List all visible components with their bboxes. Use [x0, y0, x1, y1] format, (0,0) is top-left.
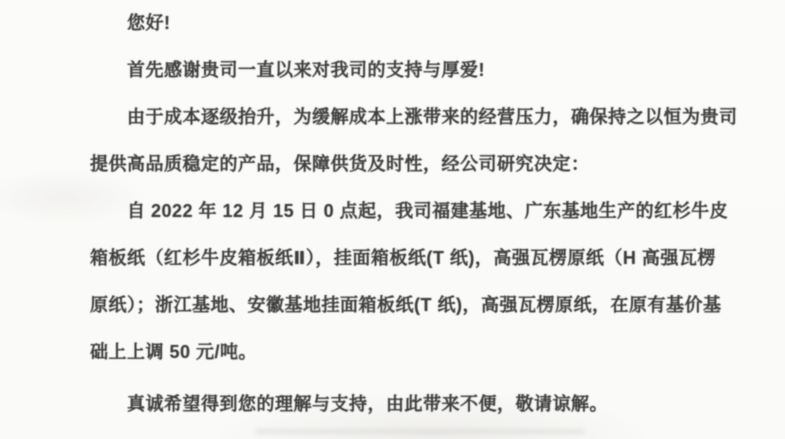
notice-document: 您好! 首先感谢贵司一直以来对我司的支持与厚爱! 由于成本逐级抬升，为缓解成本上… — [0, 0, 785, 439]
notice-line-decision-2: 箱板纸（红杉牛皮箱板纸Ⅱ），挂面箱板纸(T 纸)，高强瓦楞原纸（H 高强瓦楞 — [90, 235, 725, 282]
notice-line-decision-1: 自 2022 年 12 月 15 日 0 点起，我司福建基地、广东基地生产的红杉… — [90, 188, 725, 235]
notice-line-decision-3: 原纸）；浙江基地、安徽基地挂面箱板纸(T 纸)，高强瓦楞原纸，在原有基价基 — [90, 282, 725, 329]
notice-line-thanks: 首先感谢贵司一直以来对我司的支持与厚爱! — [90, 47, 725, 94]
notice-body: 您好! 首先感谢贵司一直以来对我司的支持与厚爱! 由于成本逐级抬升，为缓解成本上… — [90, 0, 725, 428]
notice-line-reason-1: 由于成本逐级抬升，为缓解成本上涨带来的经营压力，确保持之以恒为贵司 — [90, 94, 725, 141]
notice-line-closing: 真诚希望得到您的理解与支持，由此带来不便，敬请谅解。 — [90, 381, 725, 428]
notice-line-reason-2: 提供高品质稳定的产品，保障供货及时性，经公司研究决定： — [90, 141, 725, 188]
notice-line-greeting: 您好! — [90, 0, 725, 47]
notice-line-decision-4: 础上上调 50 元/吨。 — [90, 329, 725, 376]
scan-artifact — [255, 429, 585, 434]
